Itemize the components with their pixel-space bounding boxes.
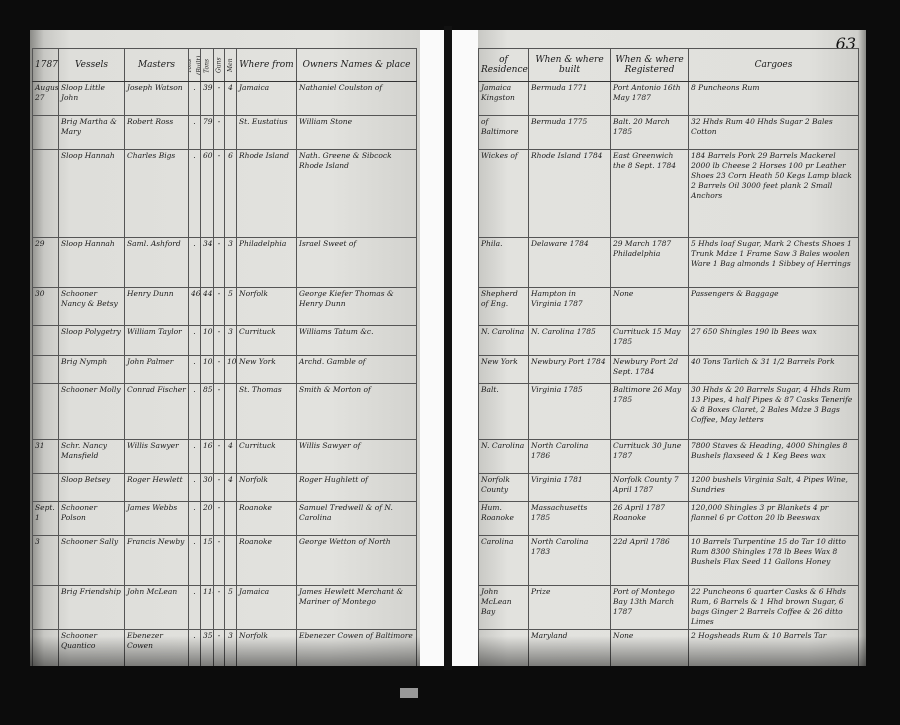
table-row: August 27Sloop Little JohnJoseph Watson.… [33,82,417,116]
cell-residence: N. Carolina [479,440,529,474]
cell-from: Rhode Island [237,150,297,238]
cell-residence: Wickes of [479,150,529,238]
cell-cargo: Passengers & Baggage [689,288,859,326]
cell-master: John McLean [125,586,189,630]
cell-registered: Balt. 20 March 1785 [611,116,689,150]
cell-date: 30 [33,288,59,326]
cell-t1: . [189,326,201,356]
residence-header: of Residence [479,49,529,82]
cell-from: Roanoke [237,502,297,536]
cell-tons: 30 [201,474,214,502]
cell-tons: 16 [201,440,214,474]
cell-guns: - [214,440,225,474]
cell-from: St. Eustatius [237,116,297,150]
cell-cargo: 1200 bushels Virginia Salt, 4 Pipes Wine… [689,474,859,502]
cell-guns: - [214,586,225,630]
table-row: Phila.Delaware 178429 March 1787 Philade… [479,238,859,288]
cell-vessel: Schr. Nancy Mansfield [59,440,125,474]
built-header: When & where built [529,49,611,82]
cell-built: Rhode Island 1784 [529,150,611,238]
cell-date [33,384,59,440]
cell-registered: Baltimore 26 May 1785 [611,384,689,440]
table-row: Norfolk CountyVirginia 1781Norfolk Count… [479,474,859,502]
cell-owners: William Stone [297,116,417,150]
cell-guns: - [214,356,225,384]
cell-tons: 20 [201,502,214,536]
cell-t1: . [189,82,201,116]
cell-guns: - [214,536,225,586]
page-edge-left [420,30,444,666]
cell-master: Charles Bigs [125,150,189,238]
cell-tons: 44 [201,288,214,326]
cell-from: New York [237,356,297,384]
cell-date [33,356,59,384]
cell-vessel: Schooner Nancy & Betsy [59,288,125,326]
cell-vessel: Sloop Hannah [59,238,125,288]
cell-residence: Shepherd of Eng. [479,288,529,326]
cell-master: John Palmer [125,356,189,384]
table-row: 29Sloop HannahSaml. Ashford.34-3Philadel… [33,238,417,288]
cell-tons: 85 [201,384,214,440]
cell-men: 5 [225,586,237,630]
cell-cargo: 8 Puncheons Rum [689,82,859,116]
table-row: CarolinaNorth Carolina 178322d April 178… [479,536,859,586]
cell-men: 6 [225,150,237,238]
cell-t1: . [189,440,201,474]
right-header-row: of Residence When & where built When & w… [479,49,859,82]
cell-built: Virginia 1781 [529,474,611,502]
cell-men [225,502,237,536]
cell-date [33,326,59,356]
cell-residence [479,630,529,667]
cell-registered: Currituck 30 June 1787 [611,440,689,474]
table-row: Jamaica KingstonBermuda 1771Port Antonio… [479,82,859,116]
cell-date: Sept. 1 [33,502,59,536]
table-row: New YorkNewbury Port 1784Newbury Port 2d… [479,356,859,384]
cell-date [33,150,59,238]
cell-owners: Ebenezer Cowen of Baltimore [297,630,417,667]
cell-owners: Roger Hughlett of [297,474,417,502]
cell-registered: Currituck 15 May 1785 [611,326,689,356]
cell-guns: - [214,630,225,667]
table-row: Wickes ofRhode Island 1784East Greenwich… [479,150,859,238]
cell-master: Henry Dunn [125,288,189,326]
archive-tag [400,688,418,698]
cell-men: 4 [225,440,237,474]
table-row: N. CarolinaN. Carolina 1785Currituck 15 … [479,326,859,356]
cell-from: Norfolk [237,474,297,502]
cell-cargo: 40 Tons Tarlich & 31 1/2 Barrels Pork [689,356,859,384]
cell-t1: . [189,586,201,630]
cell-guns: - [214,116,225,150]
cell-master: Francis Newby [125,536,189,586]
cell-master: Willis Sawyer [125,440,189,474]
cell-t1: . [189,502,201,536]
cell-vessel: Sloop Little John [59,82,125,116]
cell-tons: 10 [201,326,214,356]
cell-t1: . [189,356,201,384]
masters-header: Masters [125,49,189,82]
table-row: Hum. RoanokeMassachusetts 178526 April 1… [479,502,859,536]
cell-master: Roger Hewlett [125,474,189,502]
cell-guns: - [214,474,225,502]
cell-men [225,536,237,586]
cell-registered: None [611,630,689,667]
cell-vessel: Sloop Hannah [59,150,125,238]
cell-men: 4 [225,474,237,502]
cell-owners: Nathaniel Coulston of [297,82,417,116]
cell-tons: 15 [201,536,214,586]
cell-tons: 118 [201,586,214,630]
cell-cargo: 7800 Staves & Heading, 4000 Shingles 8 B… [689,440,859,474]
table-row: Schooner QuanticoEbenezer Cowen.35-3Norf… [33,630,417,667]
cell-built: Prize [529,586,611,630]
cell-registered: 29 March 1787 Philadelphia [611,238,689,288]
cell-men: 5 [225,288,237,326]
table-row: John McLean BayPrizePort of Montego Bay … [479,586,859,630]
cell-owners: George Kiefer Thomas & Henry Dunn [297,288,417,326]
table-row: Shepherd of Eng.Hampton in Virginia 1787… [479,288,859,326]
owners-header: Owners Names & place [297,49,417,82]
cell-master: Robert Ross [125,116,189,150]
cell-from: Philadelphia [237,238,297,288]
cell-built: Bermuda 1771 [529,82,611,116]
cell-from: Jamaica [237,82,297,116]
cell-built: North Carolina 1786 [529,440,611,474]
cell-cargo: 2 Hogsheads Rum & 10 Barrels Tar [689,630,859,667]
cell-owners: Smith & Morton of [297,384,417,440]
table-row: Sloop BetseyRoger Hewlett.30-4NorfolkRog… [33,474,417,502]
cell-men: 3 [225,238,237,288]
vessel-entries-table: 1787 Vessels Masters Tons (Built) Tons G… [32,48,417,666]
cell-vessel: Brig Nymph [59,356,125,384]
cell-vessel: Sloop Polygetry [59,326,125,356]
cell-t1: . [189,384,201,440]
cell-vessel: Sloop Betsey [59,474,125,502]
book-gutter [444,26,452,670]
cell-guns: - [214,238,225,288]
cell-tons: 39 [201,82,214,116]
cell-guns: - [214,326,225,356]
guns-header: Guns [214,49,225,82]
cell-cargo: 5 Hhds loaf Sugar, Mark 2 Chests Shoes 1… [689,238,859,288]
ledger-right-page: 63 of Residence When & where built When … [478,30,866,666]
cell-registered: Newbury Port 2d Sept. 1784 [611,356,689,384]
cell-vessel: Schooner Quantico [59,630,125,667]
cell-master: James Webbs [125,502,189,536]
cell-from: Jamaica [237,586,297,630]
cell-residence: Jamaica Kingston [479,82,529,116]
cell-guns: - [214,288,225,326]
cell-owners: George Wetton of North [297,536,417,586]
cell-date: 3 [33,536,59,586]
cell-date [33,474,59,502]
cell-registered: East Greenwich the 8 Sept. 1784 [611,150,689,238]
cell-t1: . [189,150,201,238]
cell-cargo: 120,000 Shingles 3 pr Blankets 4 pr flan… [689,502,859,536]
cell-guns: - [214,82,225,116]
cell-from: Norfolk [237,630,297,667]
cell-men: 10 [225,356,237,384]
table-row: Balt.Virginia 1785Baltimore 26 May 17853… [479,384,859,440]
men-header: Men [225,49,237,82]
cell-men [225,384,237,440]
cell-master: Joseph Watson [125,82,189,116]
cell-residence: of Baltimore [479,116,529,150]
cell-built: Hampton in Virginia 1787 [529,288,611,326]
table-row: of BaltimoreBermuda 1775Balt. 20 March 1… [479,116,859,150]
cell-tons: 34 [201,238,214,288]
table-row: Schooner MollyConrad Fischer.85-St. Thom… [33,384,417,440]
cell-t1: . [189,238,201,288]
cell-residence: N. Carolina [479,326,529,356]
where-from-header: Where from [237,49,297,82]
cell-from: Currituck [237,440,297,474]
cell-owners: Nath. Greene & Sibcock Rhode Island [297,150,417,238]
cell-cargo: 32 Hhds Rum 40 Hhds Sugar 2 Bales Cotton [689,116,859,150]
cell-built: Virginia 1785 [529,384,611,440]
table-row: MarylandNone2 Hogsheads Rum & 10 Barrels… [479,630,859,667]
cell-registered: Port Antonio 16th May 1787 [611,82,689,116]
cell-date [33,630,59,667]
cell-vessel: Schooner Sally [59,536,125,586]
cell-master: Conrad Fischer [125,384,189,440]
cell-registered: 26 April 1787 Roanoke [611,502,689,536]
cell-residence: New York [479,356,529,384]
cell-owners: James Hewlett Merchant & Mariner of Mont… [297,586,417,630]
cell-vessel: Brig Friendship [59,586,125,630]
cell-date: 31 [33,440,59,474]
cell-vessel: Schooner Molly [59,384,125,440]
table-row: Sloop PolygetryWilliam Taylor.10-3Currit… [33,326,417,356]
cell-registered: None [611,288,689,326]
cell-registered: Norfolk County 7 April 1787 [611,474,689,502]
page-edge-right [452,30,478,666]
left-header-row: 1787 Vessels Masters Tons (Built) Tons G… [33,49,417,82]
cell-men: 4 [225,82,237,116]
cell-date [33,586,59,630]
table-row: Sept. 1Schooner PolsonJames Webbs.20-Roa… [33,502,417,536]
cell-residence: Balt. [479,384,529,440]
cell-t1: . [189,474,201,502]
cell-guns: - [214,384,225,440]
cell-cargo: 22 Puncheons 6 quarter Casks & 6 Hhds Ru… [689,586,859,630]
cell-from: Currituck [237,326,297,356]
ledger-left-page: 1787 Vessels Masters Tons (Built) Tons G… [30,30,420,666]
cell-t1: . [189,630,201,667]
cell-master: William Taylor [125,326,189,356]
cell-men [225,116,237,150]
cell-owners: Archd. Gamble of [297,356,417,384]
registered-header: When & where Registered [611,49,689,82]
cell-cargo: 30 Hhds & 20 Barrels Sugar, 4 Hhds Rum 1… [689,384,859,440]
cell-owners: Israel Sweet of [297,238,417,288]
table-row: Brig Martha & MaryRobert Ross.79-St. Eus… [33,116,417,150]
cell-guns: - [214,150,225,238]
cell-built: N. Carolina 1785 [529,326,611,356]
cell-built: Newbury Port 1784 [529,356,611,384]
cell-residence: Norfolk County [479,474,529,502]
cell-built: Maryland [529,630,611,667]
table-row: 31Schr. Nancy MansfieldWillis Sawyer.16-… [33,440,417,474]
cell-owners: Samuel Tredwell & of N. Carolina [297,502,417,536]
cell-men: 3 [225,630,237,667]
cell-built: Bermuda 1775 [529,116,611,150]
cell-master: Ebenezer Cowen [125,630,189,667]
cell-t1: . [189,116,201,150]
cell-built: Delaware 1784 [529,238,611,288]
cell-t1: 46 [189,288,201,326]
cell-owners: Williams Tatum &c. [297,326,417,356]
cell-date: August 27 [33,82,59,116]
cell-master: Saml. Ashford [125,238,189,288]
table-row: Brig FriendshipJohn McLean.118-5JamaicaJ… [33,586,417,630]
cargo-entries-table: of Residence When & where built When & w… [478,48,859,666]
cell-tons: 79 [201,116,214,150]
cell-built: Massachusetts 1785 [529,502,611,536]
cell-tons: 105 [201,356,214,384]
tons-built-header: Tons (Built) [189,49,201,82]
cell-vessel: Brig Martha & Mary [59,116,125,150]
table-row: Sloop HannahCharles Bigs.60-6Rhode Islan… [33,150,417,238]
cell-from: Norfolk [237,288,297,326]
cell-vessel: Schooner Polson [59,502,125,536]
cell-tons: 35 [201,630,214,667]
year-header: 1787 [33,49,59,82]
cell-cargo: 10 Barrels Turpentine 15 do Tar 10 ditto… [689,536,859,586]
cell-residence: Hum. Roanoke [479,502,529,536]
cell-built: North Carolina 1783 [529,536,611,586]
cell-date: 29 [33,238,59,288]
table-row: 3Schooner SallyFrancis Newby.15-RoanokeG… [33,536,417,586]
cell-registered: Port of Montego Bay 13th March 1787 [611,586,689,630]
cell-date [33,116,59,150]
cell-cargo: 27 650 Shingles 190 lb Bees wax [689,326,859,356]
cell-tons: 60 [201,150,214,238]
cell-t1: . [189,536,201,586]
cell-residence: Phila. [479,238,529,288]
table-row: 30Schooner Nancy & BetsyHenry Dunn4644-5… [33,288,417,326]
cargoes-header: Cargoes [689,49,859,82]
cell-from: Roanoke [237,536,297,586]
cell-residence: Carolina [479,536,529,586]
cell-men: 3 [225,326,237,356]
cell-guns: - [214,502,225,536]
table-row: Brig NymphJohn Palmer.105-10New YorkArch… [33,356,417,384]
vessels-header: Vessels [59,49,125,82]
cell-residence: John McLean Bay [479,586,529,630]
cell-from: St. Thomas [237,384,297,440]
cell-owners: Willis Sawyer of [297,440,417,474]
tons-header: Tons [201,49,214,82]
cell-registered: 22d April 1786 [611,536,689,586]
cell-cargo: 184 Barrels Pork 29 Barrels Mackerel 200… [689,150,859,238]
table-row: N. CarolinaNorth Carolina 1786Currituck … [479,440,859,474]
